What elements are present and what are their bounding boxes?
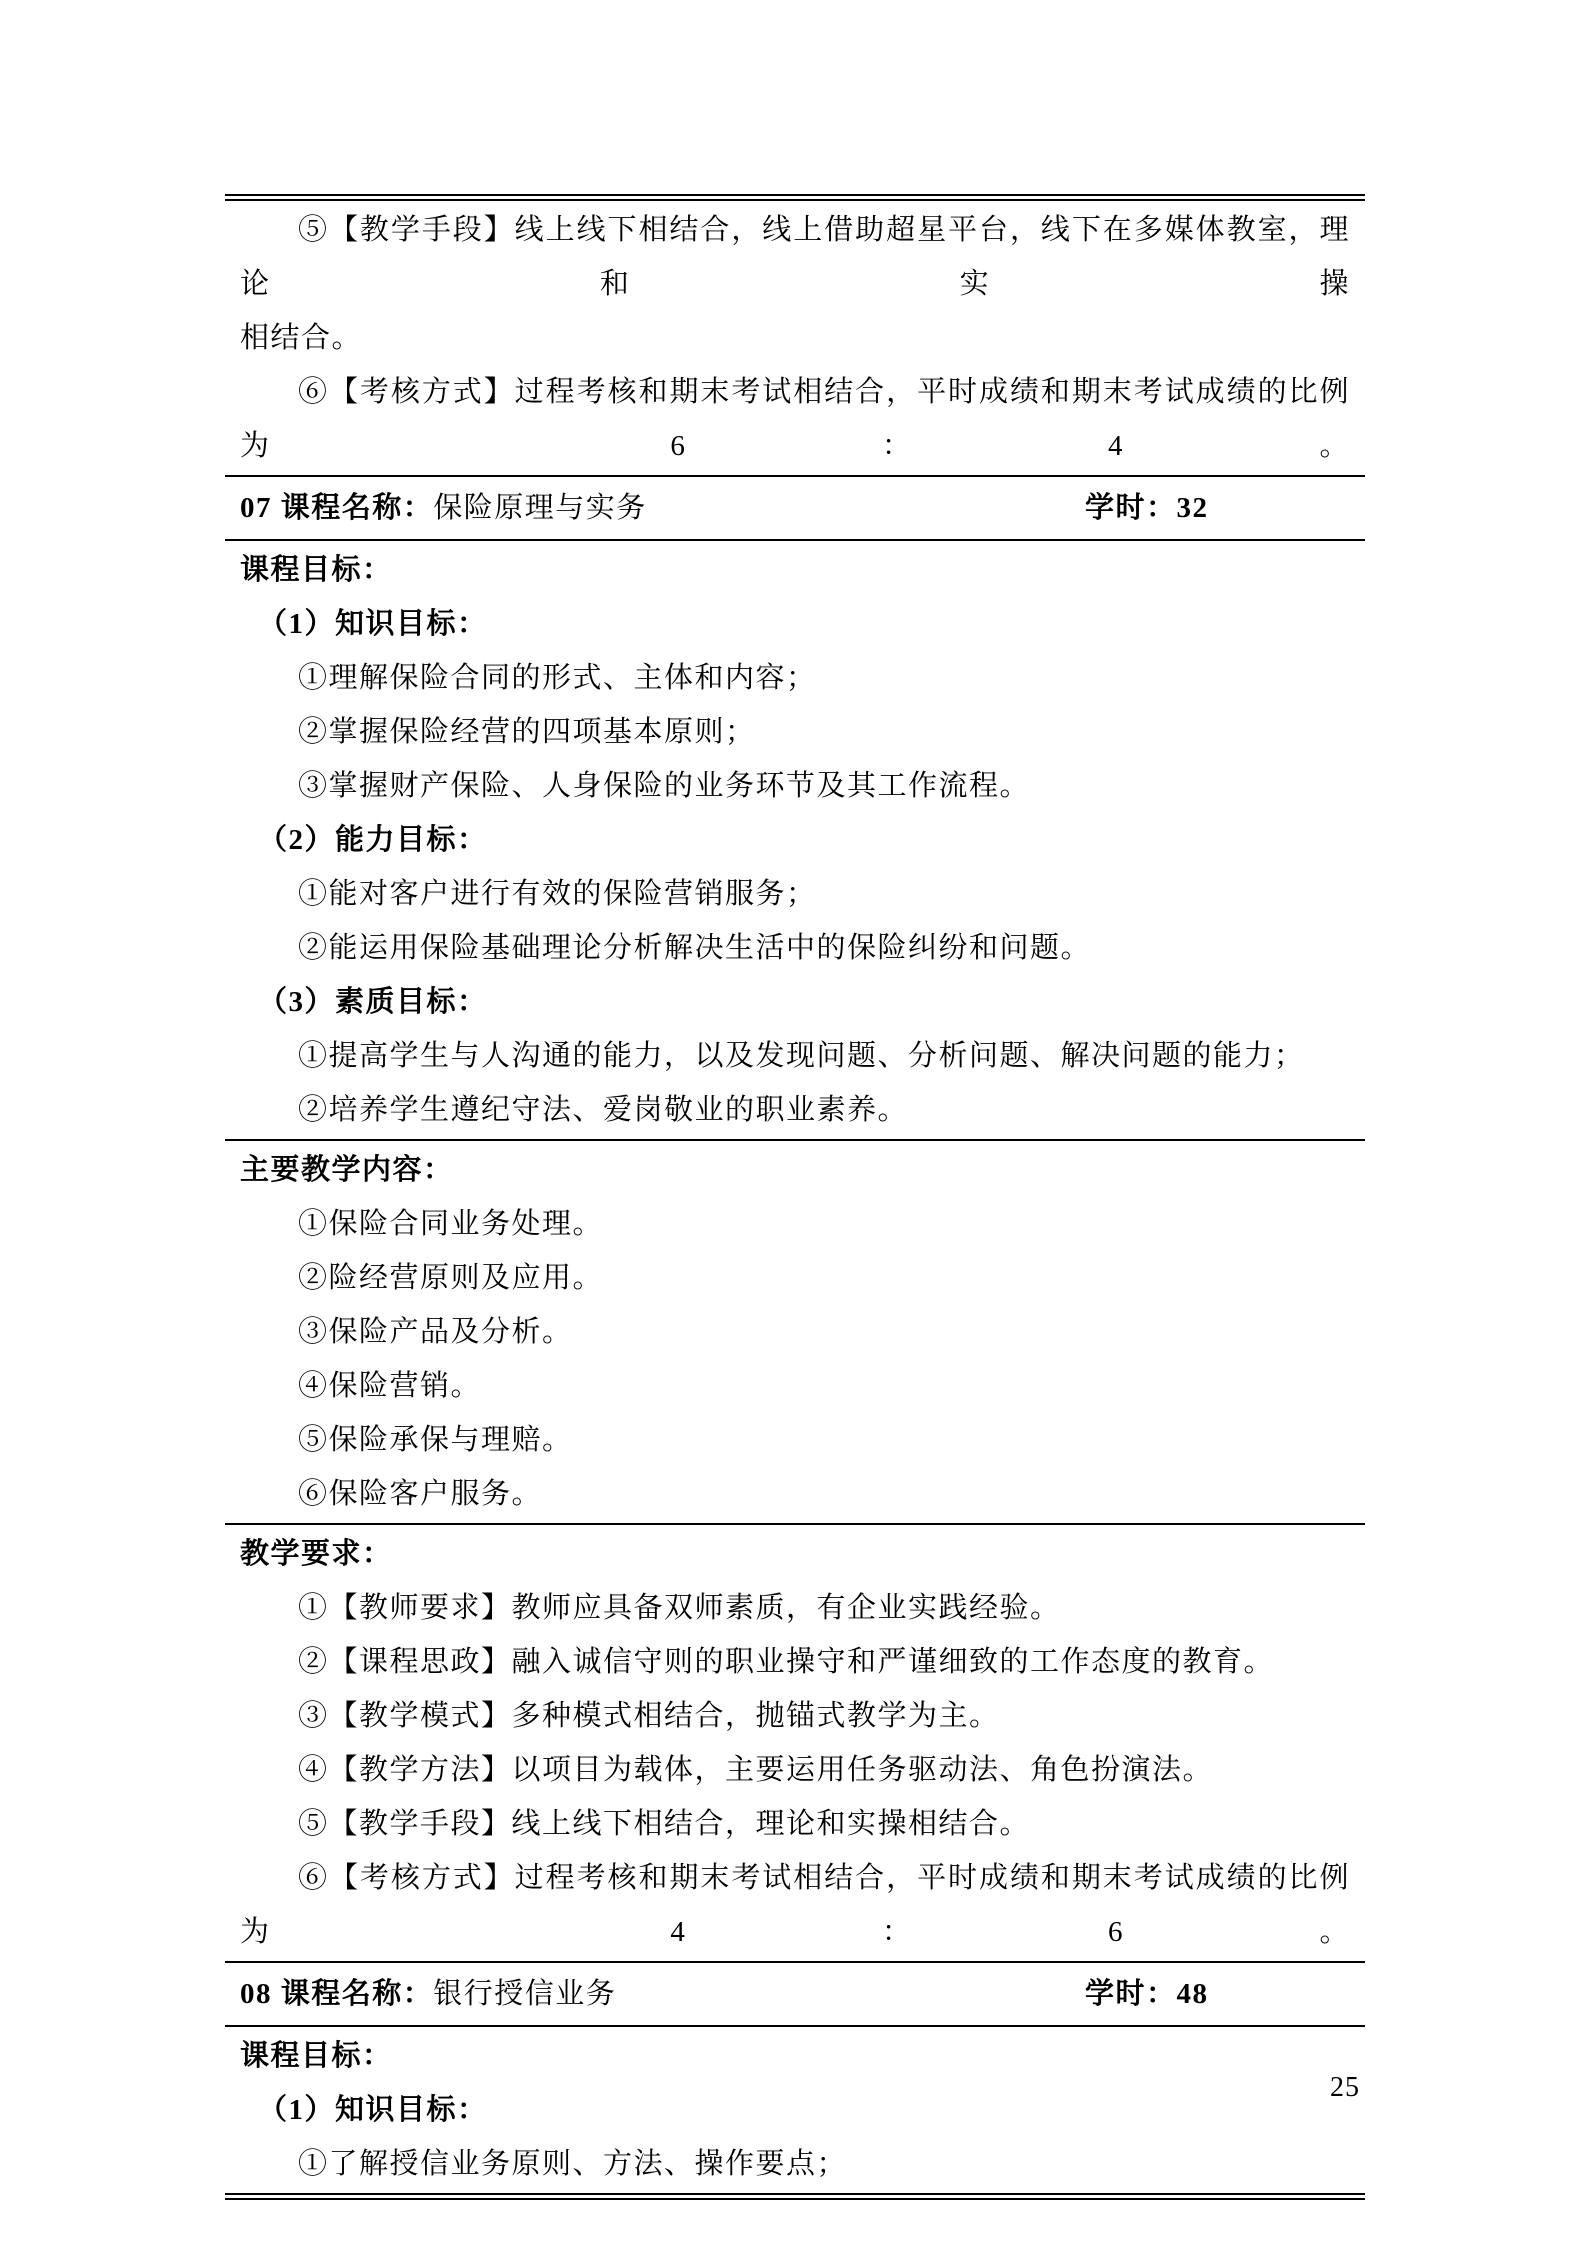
document-page: ⑤【教学手段】线上线下相结合，线上借助超星平台，线下在多媒体教室，理论和实操 相…	[0, 0, 1587, 2245]
quality-objective-item: ②培养学生遵纪守法、爱岗敬业的职业素养。	[240, 1083, 1350, 1137]
knowledge-objective-item: ③掌握财产保险、人身保险的业务环节及其工作流程。	[240, 759, 1350, 813]
prev-course-requirements-tail: ⑤【教学手段】线上线下相结合，线上借助超星平台，线下在多媒体教室，理论和实操 相…	[225, 201, 1365, 475]
teaching-requirement-item: ①【教师要求】教师应具备双师素质，有企业实践经验。	[240, 1581, 1350, 1635]
course07-objectives-row: 课程目标： （1）知识目标： ①理解保险合同的形式、主体和内容； ②掌握保险经营…	[225, 541, 1365, 1139]
knowledge-objectives-header: （1）知识目标：	[240, 2083, 1350, 2137]
course08-code-label: 08 课程名称：	[240, 1978, 433, 2010]
knowledge-objectives-header: （1）知识目标：	[240, 597, 1350, 651]
quality-objective-item: ①提高学生与人沟通的能力，以及发现问题、分析问题、解决问题的能力；	[240, 1029, 1350, 1083]
teaching-content-item: ⑥保险客户服务。	[240, 1467, 1350, 1521]
teaching-requirement-item: ②【课程思政】融入诚信守则的职业操守和严谨细致的工作态度的教育。	[240, 1635, 1350, 1689]
course07-hours-value: 32	[1177, 492, 1209, 524]
teaching-requirement-item: ③【教学模式】多种模式相结合，抛锚式教学为主。	[240, 1689, 1350, 1743]
teaching-content-item: ①保险合同业务处理。	[240, 1197, 1350, 1251]
teaching-content-item: ⑤保险承保与理赔。	[240, 1413, 1350, 1467]
assessment-method-item: ⑥【考核方式】过程考核和期末考试相结合，平时成绩和期末考试成绩的比例为 6：4。	[240, 365, 1350, 473]
knowledge-objective-item: ①了解授信业务原则、方法、操作要点；	[240, 2137, 1350, 2191]
knowledge-objective-item: ①理解保险合同的形式、主体和内容；	[240, 651, 1350, 705]
course08-objectives-row: 课程目标： （1）知识目标： ①了解授信业务原则、方法、操作要点；	[225, 2027, 1365, 2193]
teaching-means-item-line2: 相结合。	[240, 311, 1350, 365]
teaching-requirement-item: ④【教学方法】以项目为载体，主要运用任务驱动法、角色扮演法。	[240, 1743, 1350, 1797]
ability-objectives-header: （2）能力目标：	[240, 813, 1350, 867]
objectives-header: 课程目标：	[240, 543, 1350, 597]
table-bottom-double-border	[225, 2193, 1365, 2200]
course08-hours: 学时：48	[1085, 1966, 1209, 2022]
course08-hours-value: 48	[1177, 1978, 1209, 2010]
teaching-requirement-item: ⑤【教学手段】线上线下相结合，理论和实操相结合。	[240, 1797, 1350, 1851]
page-number: 25	[1330, 2072, 1360, 2104]
ability-objective-item: ②能运用保险基础理论分析解决生活中的保险纠纷和问题。	[240, 921, 1350, 975]
teaching-content-item: ④保险营销。	[240, 1359, 1350, 1413]
teaching-requirement-item: ⑥【考核方式】过程考核和期末考试相结合，平时成绩和期末考试成绩的比例为 4：6。	[240, 1851, 1350, 1959]
teaching-content-item: ③保险产品及分析。	[240, 1305, 1350, 1359]
teaching-content-item: ②险经营原则及应用。	[240, 1251, 1350, 1305]
course08-name: 银行授信业务	[433, 1978, 616, 2010]
course08-hours-label: 学时：	[1085, 1978, 1177, 2010]
objectives-header: 课程目标：	[240, 2029, 1350, 2083]
quality-objectives-header: （3）素质目标：	[240, 975, 1350, 1029]
teaching-means-item-line1: ⑤【教学手段】线上线下相结合，线上借助超星平台，线下在多媒体教室，理论和实操	[240, 203, 1350, 311]
course07-name: 保险原理与实务	[433, 492, 647, 524]
course07-code-label: 07 课程名称：	[240, 492, 433, 524]
teaching-requirements-header: 教学要求：	[240, 1527, 1350, 1581]
course07-title-row: 07 课程名称：保险原理与实务 学时：32	[225, 477, 1365, 539]
course07-teaching-content-row: 主要教学内容： ①保险合同业务处理。 ②险经营原则及应用。 ③保险产品及分析。 …	[225, 1141, 1365, 1523]
knowledge-objective-item: ②掌握保险经营的四项基本原则；	[240, 705, 1350, 759]
course-syllabus-table: ⑤【教学手段】线上线下相结合，线上借助超星平台，线下在多媒体教室，理论和实操 相…	[225, 194, 1365, 2200]
table-top-double-border	[225, 194, 1365, 201]
ability-objective-item: ①能对客户进行有效的保险营销服务；	[240, 867, 1350, 921]
teaching-content-header: 主要教学内容：	[240, 1143, 1350, 1197]
course07-hours-label: 学时：	[1085, 492, 1177, 524]
course08-title-row: 08 课程名称：银行授信业务 学时：48	[225, 1963, 1365, 2025]
course07-hours: 学时：32	[1085, 480, 1209, 536]
course07-teaching-requirements-row: 教学要求： ①【教师要求】教师应具备双师素质，有企业实践经验。 ②【课程思政】融…	[225, 1525, 1365, 1961]
